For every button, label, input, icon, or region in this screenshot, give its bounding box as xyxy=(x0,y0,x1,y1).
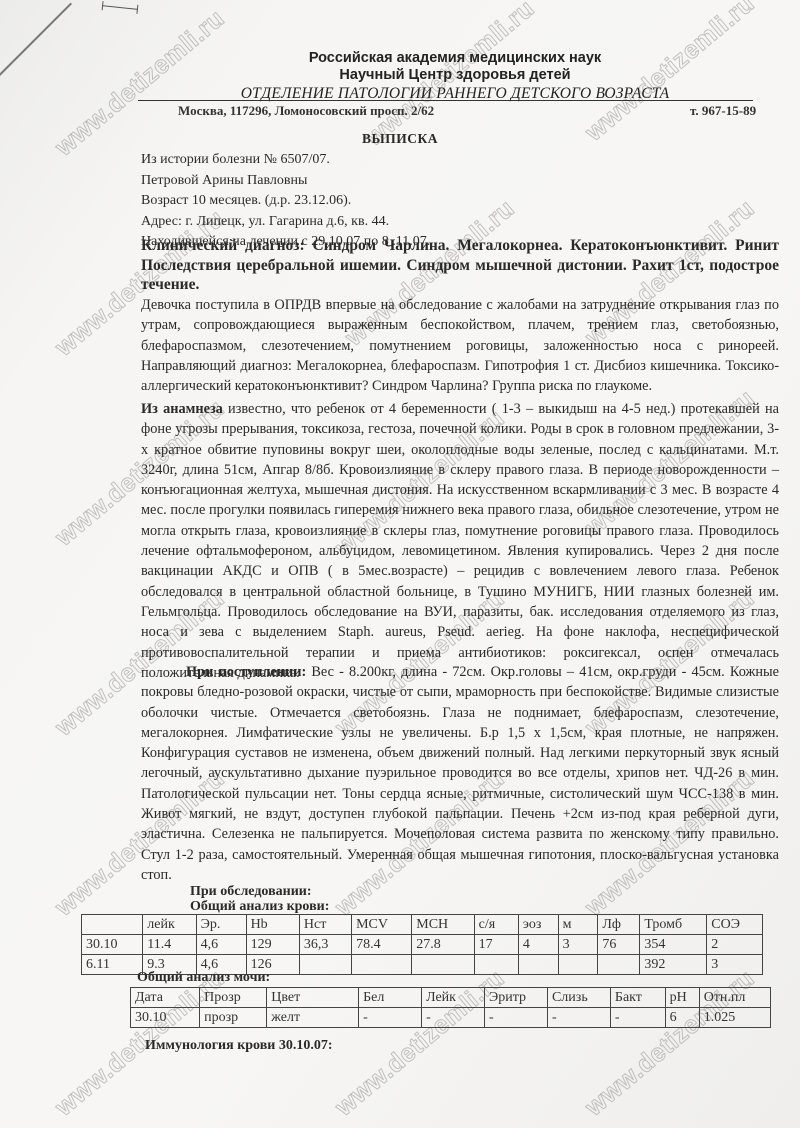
anamnesis-text: известно, что ребенок от 4 беременности … xyxy=(141,401,779,681)
table-row: 30.10прозржелт-----61.025 xyxy=(131,1008,771,1028)
exam-title: При обследовании: xyxy=(190,884,312,900)
table-cell: 36,3 xyxy=(299,935,351,955)
table-cell: 3 xyxy=(707,955,763,975)
header-cell: эоз xyxy=(518,915,558,935)
table-cell xyxy=(412,955,474,975)
table-cell xyxy=(558,955,598,975)
table-cell xyxy=(299,955,351,975)
header-cell: Эр. xyxy=(196,915,246,935)
table-cell: - xyxy=(422,1008,485,1028)
blood-test-table: лейкЭр.HbHстMCVMCHс/яэозмЛфТромбСОЭ30.10… xyxy=(81,914,763,975)
header-cell: MCV xyxy=(352,915,412,935)
org-name: Российская академия медицинских наук xyxy=(150,50,760,67)
table-cell: 354 xyxy=(640,935,707,955)
immunology-title: Иммунология крови 30.10.07: xyxy=(145,1038,333,1054)
table-cell xyxy=(352,955,412,975)
header-cell: pH xyxy=(665,988,699,1008)
table-cell: 11.4 xyxy=(143,935,196,955)
table-cell xyxy=(474,955,518,975)
table-cell: 30.10 xyxy=(82,935,143,955)
header-cell: Hb xyxy=(246,915,299,935)
complaints-paragraph: Девочка поступила в ОПРДВ впервые на обс… xyxy=(141,295,779,396)
admission-text: Вес - 8.200кг, длина - 72см. Окр.головы … xyxy=(141,664,779,883)
urine-test-table: ДатаПрозрЦветБелЛейкЭритрСлизьБактpHОтн.… xyxy=(130,987,771,1028)
header-cell: с/я xyxy=(474,915,518,935)
table-cell xyxy=(518,955,558,975)
header-cell: Бакт xyxy=(610,988,665,1008)
header-cell: Hст xyxy=(299,915,351,935)
table-cell: 17 xyxy=(474,935,518,955)
table-cell: 4 xyxy=(518,935,558,955)
table-cell: - xyxy=(359,1008,422,1028)
table-cell: 6.11 xyxy=(82,955,143,975)
header-cell: Тромб xyxy=(640,915,707,935)
anamnesis-lead: Из анамнеза xyxy=(141,401,223,417)
header-cell: Прозр xyxy=(200,988,267,1008)
table-cell: - xyxy=(610,1008,665,1028)
header-cell: лейк xyxy=(143,915,196,935)
table-cell: желт xyxy=(267,1008,359,1028)
blood-test-title: Общий анализ крови: xyxy=(190,899,329,915)
patient-age: Возраст 10 месяцев. (д.р. 23.12.06). xyxy=(141,191,430,212)
table-row: 30.1011.44,612936,378.427.81743763542 xyxy=(82,935,763,955)
org-address: Москва, 117296, Ломоносовский просп. 2/6… xyxy=(178,103,434,119)
table-cell: 76 xyxy=(598,935,640,955)
center-name: Научный Центр здоровья детей xyxy=(150,67,760,84)
table-cell: 6 xyxy=(665,1008,699,1028)
patient-name: Петровой Арины Павловны xyxy=(141,171,430,192)
header-cell: м xyxy=(558,915,598,935)
org-phone: т. 967-15-89 xyxy=(690,103,756,119)
table-cell: 2 xyxy=(707,935,763,955)
table-cell: 30.10 xyxy=(131,1008,200,1028)
header-cell: Эритр xyxy=(485,988,548,1008)
table-cell: 3 xyxy=(558,935,598,955)
header-cell: Лф xyxy=(598,915,640,935)
urine-test-title: Общий анализ мочи: xyxy=(137,970,270,986)
header-divider xyxy=(138,100,753,101)
table-cell: 78.4 xyxy=(352,935,412,955)
header-cell: Слизь xyxy=(547,988,610,1008)
patient-address: Адрес: г. Липецк, ул. Гагарина д.6, кв. … xyxy=(141,212,430,233)
history-number: Из истории болезни № 6507/07. xyxy=(141,150,430,171)
table-header-row: ДатаПрозрЦветБелЛейкЭритрСлизьБактpHОтн.… xyxy=(131,988,771,1008)
table-cell: 392 xyxy=(640,955,707,975)
table-cell: - xyxy=(547,1008,610,1028)
table-cell: 27.8 xyxy=(412,935,474,955)
table-cell: 1.025 xyxy=(699,1008,770,1028)
header-cell: Бел xyxy=(359,988,422,1008)
table-cell: - xyxy=(485,1008,548,1028)
clinical-diagnosis: Клинический диагноз: Синдром Чарлина. Ме… xyxy=(141,236,779,295)
header-cell: Лейк xyxy=(422,988,485,1008)
table-cell xyxy=(598,955,640,975)
header-cell xyxy=(82,915,143,935)
letterhead: Российская академия медицинских наук Нау… xyxy=(150,50,760,103)
table-header-row: лейкЭр.HbHстMCVMCHс/яэозмЛфТромбСОЭ xyxy=(82,915,763,935)
header-cell: СОЭ xyxy=(707,915,763,935)
header-cell: MCH xyxy=(412,915,474,935)
header-cell: Цвет xyxy=(267,988,359,1008)
table-cell: 4,6 xyxy=(196,935,246,955)
admission-paragraph: При поступлении: Вес - 8.200кг, длина - … xyxy=(141,662,779,885)
table-cell: прозр xyxy=(200,1008,267,1028)
header-cell: Отн.пл xyxy=(699,988,770,1008)
admission-lead: При поступлении: xyxy=(186,664,306,680)
header-cell: Дата xyxy=(131,988,200,1008)
anamnesis-paragraph: Из анамнеза известно, что ребенок от 4 б… xyxy=(141,399,779,683)
table-cell: 129 xyxy=(246,935,299,955)
document-title: ВЫПИСКА xyxy=(0,131,800,147)
